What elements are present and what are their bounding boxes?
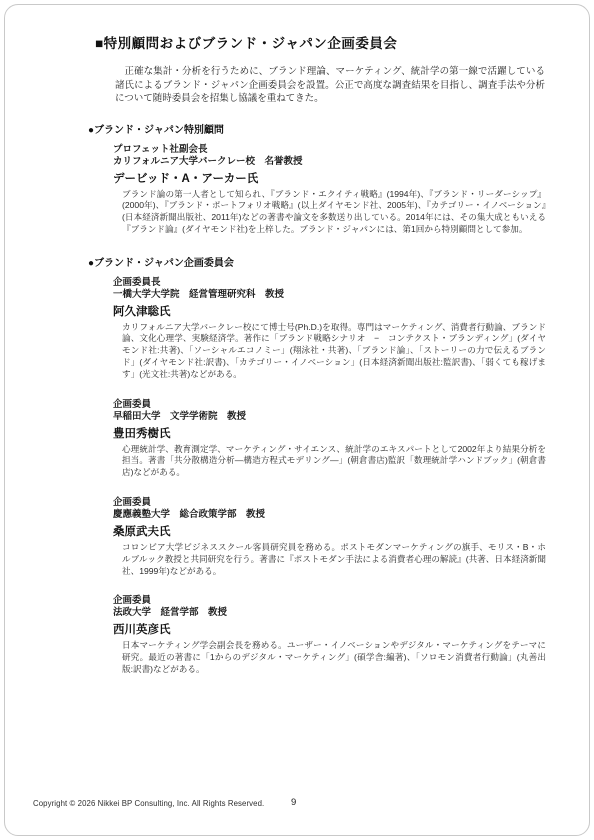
- member-title-line: 一橋大学大学院 経営管理研究科 教授: [113, 289, 594, 301]
- page-content: ■特別顧問およびブランド・ジャパン企画委員会 正確な集計・分析を行うために、ブラ…: [0, 32, 594, 694]
- member-title-line: カリフォルニア大学バークレー校 名誉教授: [113, 156, 594, 168]
- member-block-kuwahara: 企画委員 慶應義塾大学 総合政策学部 教授 桑原武夫氏 コロンビア大学ビジネスス…: [113, 497, 594, 577]
- section-planning-committee: ●ブランド・ジャパン企画委員会 企画委員長 一橋大学大学院 経営管理研究科 教授…: [0, 254, 594, 676]
- section-special-advisor: ●ブランド・ジャパン特別顧問 プロフェット社副会長 カリフォルニア大学バークレー…: [0, 121, 594, 236]
- member-name: 西川英彦氏: [113, 621, 594, 637]
- member-titles: 企画委員 慶應義塾大学 総合政策学部 教授: [113, 497, 594, 521]
- member-bio: 日本マーケティング学会副会長を務める。ユーザー・イノベーションやデジタル・マーケ…: [122, 640, 546, 675]
- member-title-line: 企画委員長: [113, 277, 594, 289]
- member-title-line: 法政大学 経営学部 教授: [113, 607, 594, 619]
- intro-paragraph: 正確な集計・分析を行うために、ブランド理論、マーケティング、統計学の第一線で活躍…: [115, 65, 545, 106]
- page-title: ■特別顧問およびブランド・ジャパン企画委員会: [95, 32, 594, 52]
- member-title-line: 慶應義塾大学 総合政策学部 教授: [113, 509, 594, 521]
- page-number: 9: [291, 797, 296, 808]
- member-title-line: 企画委員: [113, 497, 594, 509]
- section-heading: ●ブランド・ジャパン特別顧問: [88, 121, 594, 136]
- footer-copyright: Copyright © 2026 Nikkei BP Consulting, I…: [33, 799, 264, 808]
- member-block-nishikawa: 企画委員 法政大学 経営学部 教授 西川英彦氏 日本マーケティング学会副会長を務…: [113, 595, 594, 675]
- member-title-line: 早稲田大学 文学学術院 教授: [113, 411, 594, 423]
- member-title-line: 企画委員: [113, 399, 594, 411]
- member-titles: プロフェット社副会長 カリフォルニア大学バークレー校 名誉教授: [113, 144, 594, 168]
- member-name: 豊田秀樹氏: [113, 425, 594, 441]
- member-titles: 企画委員 法政大学 経営学部 教授: [113, 595, 594, 619]
- member-title-line: プロフェット社副会長: [113, 144, 594, 156]
- member-name: デービッド・A・アーカー氏: [113, 170, 594, 186]
- member-title-line: 企画委員: [113, 595, 594, 607]
- member-titles: 企画委員長 一橋大学大学院 経営管理研究科 教授: [113, 277, 594, 301]
- member-titles: 企画委員 早稲田大学 文学学術院 教授: [113, 399, 594, 423]
- member-bio: 心理統計学、教育測定学、マーケティング・サイエンス、統計学のエキスパートとして2…: [122, 444, 546, 479]
- member-name: 桑原武夫氏: [113, 523, 594, 539]
- document-page: ■特別顧問およびブランド・ジャパン企画委員会 正確な集計・分析を行うために、ブラ…: [0, 0, 594, 840]
- member-block-akutsu: 企画委員長 一橋大学大学院 経営管理研究科 教授 阿久津聡氏 カリフォルニア大学…: [113, 277, 594, 381]
- member-bio: ブランド論の第一人者として知られ、『ブランド・エクイティ戦略』(1994年)、『…: [122, 189, 546, 236]
- member-block-aaker: プロフェット社副会長 カリフォルニア大学バークレー校 名誉教授 デービッド・A・…: [113, 144, 594, 236]
- member-bio: カリフォルニア大学バークレー校にて博士号(Ph.D.)を取得。専門はマーケティン…: [122, 322, 546, 381]
- member-block-toyoda: 企画委員 早稲田大学 文学学術院 教授 豊田秀樹氏 心理統計学、教育測定学、マー…: [113, 399, 594, 479]
- member-name: 阿久津聡氏: [113, 303, 594, 319]
- section-heading: ●ブランド・ジャパン企画委員会: [88, 254, 594, 269]
- member-bio: コロンビア大学ビジネススクール客員研究員を務める。ポストモダンマーケティングの旗…: [122, 542, 546, 577]
